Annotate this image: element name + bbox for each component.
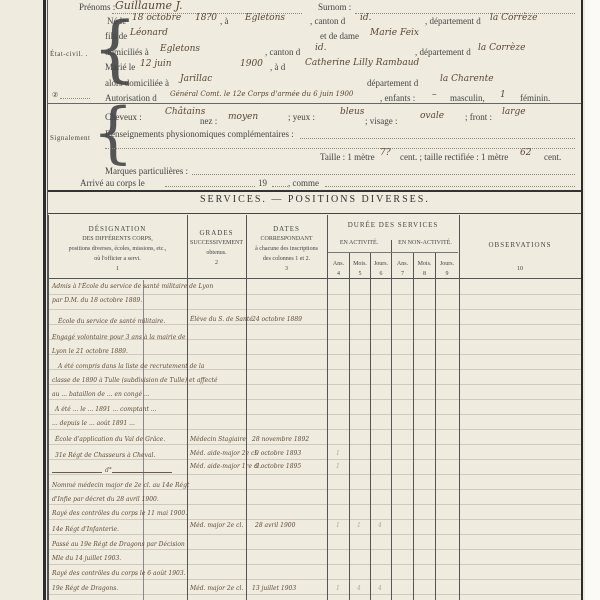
enfants-feminin-value: 1 bbox=[500, 90, 506, 100]
marques-label: Marques particulières : bbox=[105, 166, 188, 176]
arrive-year-label: 19 bbox=[258, 178, 267, 188]
date-entry: 28 novembre 1892 bbox=[252, 436, 309, 443]
cent-label: cent. bbox=[544, 152, 561, 162]
frame-border-left bbox=[43, 0, 46, 600]
designation-entry: Rayé des contrôles du corps le 11 mai 19… bbox=[52, 510, 187, 517]
alors-domiciliee-label: alors domiciliée à bbox=[105, 78, 169, 88]
date-entry: 24 octobre 1889 bbox=[252, 316, 302, 323]
col-header-mois-2: Mois.8 bbox=[414, 259, 435, 279]
ne-le-label: Né le bbox=[107, 16, 126, 26]
grade-entry: Méd. aide-major 1re cl. bbox=[190, 463, 261, 470]
designation-entry: A été ... le ... 1891 ... comptant ... bbox=[55, 406, 157, 413]
designation-entry: 14e Régt d'Infanterie. bbox=[52, 526, 119, 533]
surnom-label: Surnom : bbox=[318, 2, 351, 12]
designation-entry: Admis à l'École du service de santé mili… bbox=[52, 283, 213, 290]
designation-entry: Nommé médecin major de 2e cl. au 14e Rég… bbox=[52, 482, 189, 489]
duration-mark: 4 bbox=[378, 585, 382, 592]
taille-label: Taille : 1 mètre bbox=[320, 152, 375, 162]
nez-value: moyen bbox=[228, 112, 258, 122]
col-header-jours-2: Jours.9 bbox=[436, 259, 458, 279]
taille-rectifiee-label: cent. ; taille rectifiée : 1 mètre bbox=[400, 152, 508, 162]
marriage-year: 1900 bbox=[240, 59, 263, 69]
duration-mark: 1 bbox=[336, 585, 340, 592]
enfants-label: , enfants : bbox=[380, 93, 415, 103]
date-entry: 28 avril 1900 bbox=[255, 522, 295, 529]
duration-mark: 1 bbox=[336, 522, 340, 529]
designation-entry: Mle du 14 juillet 1903. bbox=[52, 555, 121, 562]
taille-rectifiee-value: 62 bbox=[520, 148, 531, 158]
designation-entry: A été compris dans la liste de recruteme… bbox=[58, 363, 204, 370]
designation-entry: par D.M. du 18 octobre 1889. bbox=[52, 297, 142, 304]
yeux-label: ; yeux : bbox=[288, 112, 315, 122]
col-header-observations: OBSERVATIONS 10 bbox=[460, 240, 580, 274]
designation-entry: d'Infie par décret du 28 avril 1900. bbox=[52, 496, 159, 503]
duration-mark: 1 bbox=[336, 450, 340, 457]
duration-mark: 4 bbox=[378, 522, 382, 529]
domicile-value: Egletons bbox=[160, 44, 200, 54]
designation-entry: ... depuis le ... août 1891 ... bbox=[52, 420, 135, 427]
designation-entry: 31e Régt de Chasseurs à Cheval. bbox=[55, 452, 155, 459]
father-name: Léonard bbox=[130, 28, 168, 38]
grade-entry: Méd. major 2e cl. bbox=[190, 522, 243, 529]
spouse-domicile: Jarillac bbox=[180, 74, 212, 84]
birth-year: 18?0 bbox=[195, 13, 217, 23]
nez-label: nez : bbox=[200, 116, 217, 126]
departement2-label: , département d bbox=[415, 47, 471, 57]
yeux-value: bleus bbox=[340, 107, 364, 117]
col-header-designation: DÉSIGNATION DES DIFFÉRENTS CORPS, positi… bbox=[50, 224, 185, 274]
duration-mark: 1 bbox=[357, 522, 361, 529]
enfants-masculin-value: – bbox=[432, 90, 437, 100]
date-entry: 13 juillet 1903 bbox=[252, 585, 296, 592]
designation-entry: classe de 1890 à Tulle (subdivision de T… bbox=[52, 377, 218, 384]
designation-entry: au ... bataillon de ... en congé ... bbox=[52, 391, 150, 398]
marriage-date: 12 juin bbox=[140, 59, 172, 69]
designation-entry: Rayé des contrôles du corps le 6 août 19… bbox=[52, 570, 186, 577]
col-header-dates: DATES CORRESPONDANT à chacune des inscri… bbox=[247, 224, 326, 274]
duration-mark: 4 bbox=[357, 585, 361, 592]
date-entry: 9 octobre 1895 bbox=[255, 463, 301, 470]
marriage-a-label: , à d bbox=[270, 62, 285, 72]
arrive-label: Arrivé au corps le bbox=[80, 178, 145, 188]
front-value: large bbox=[502, 107, 526, 117]
mother-name: Marie Feix bbox=[370, 28, 419, 38]
visage-value: ovale bbox=[420, 111, 444, 121]
birth-a-label: , à bbox=[220, 16, 229, 26]
designation-entry: Passé au 19e Régt de Dragons par Décisio… bbox=[52, 541, 185, 548]
et-de-dame-label: et de dame bbox=[320, 31, 359, 41]
designation-entry: Engagé volontaire pour 3 ans à la mairie… bbox=[52, 334, 186, 341]
canton-value: id. bbox=[360, 13, 372, 23]
designation-entry: Lyon le 21 octobre 1889. bbox=[52, 348, 128, 355]
departement2-value: la Corrèze bbox=[478, 43, 525, 53]
designation-entry: 19e Régt de Dragons. bbox=[52, 585, 118, 592]
col-header-en-activite: EN ACTIVITÉ. bbox=[328, 238, 390, 248]
designation-entry: École du service de santé militaire. bbox=[58, 318, 165, 325]
services-title: SERVICES. — POSITIONS DIVERSES. bbox=[200, 194, 430, 205]
domicilies-label: domiciliés à bbox=[105, 47, 149, 57]
col-header-en-non-activite: EN NON-ACTIVITÉ. bbox=[392, 238, 458, 248]
birth-place: Egletons bbox=[245, 13, 285, 23]
departement3-value: la Charente bbox=[440, 74, 494, 84]
taille-value: 7? bbox=[380, 148, 391, 158]
duration-mark: 1 bbox=[336, 463, 340, 470]
col-header-jours-1: Jours.6 bbox=[371, 259, 391, 279]
designation-entry: d° bbox=[105, 467, 112, 474]
comme-label: , comme bbox=[288, 178, 319, 188]
canton2-value: id. bbox=[315, 43, 327, 53]
date-entry: 9 octobre 1893 bbox=[255, 450, 301, 457]
departement3-label: département d bbox=[367, 78, 418, 88]
spouse-name: Catherine Lilly Rambaud bbox=[305, 58, 419, 68]
visage-label: ; visage : bbox=[365, 116, 398, 126]
grade-entry: Méd. aide-major 2e cl. bbox=[190, 450, 258, 457]
col-header-ans-2: Ans.7 bbox=[392, 259, 413, 279]
masculin-label: masculin, bbox=[450, 93, 485, 103]
note-marker: ② bbox=[52, 91, 58, 99]
feminin-label: féminin. bbox=[520, 93, 550, 103]
frame-border-right bbox=[581, 0, 583, 600]
autorisation-value: Général Comt. le 12e Corps d'armée du 6 … bbox=[170, 90, 353, 98]
etat-civil-label: État-civil. . bbox=[50, 50, 88, 58]
canton-label: , canton d bbox=[310, 16, 345, 26]
col-header-mois-1: Mois.5 bbox=[350, 259, 370, 279]
departement-label: , département d bbox=[425, 16, 481, 26]
grade-entry: Méd. major 2e cl. bbox=[190, 585, 243, 592]
col-header-ans-1: Ans.4 bbox=[328, 259, 349, 279]
designation-entry: École d'application du Val de Grâce. bbox=[55, 436, 165, 443]
cheveux-label: Cheveux : bbox=[105, 112, 142, 122]
birth-date: 18 octobre bbox=[132, 13, 181, 23]
renseignements-label: Renseignements physionomiques complément… bbox=[105, 129, 294, 139]
document-page: Prénoms : Guillaume J. Surnom : État-civ… bbox=[0, 0, 600, 600]
col-header-duree: DURÉE DES SERVICES bbox=[328, 220, 458, 230]
grade-entry: Élève du S. de Santé bbox=[190, 316, 253, 323]
fils-de-label: fils de bbox=[105, 31, 127, 41]
grade-entry: Médecin Stagiaire bbox=[190, 436, 246, 443]
canton2-label: , canton d bbox=[265, 47, 300, 57]
marie-label: Marié le bbox=[105, 62, 135, 72]
departement-value: la Corrèze bbox=[490, 13, 537, 23]
front-label: ; front : bbox=[465, 112, 492, 122]
signalement-label: Signalement bbox=[50, 134, 91, 142]
col-header-grades: GRADES SUCCESSIVEMENT obtenus. 2 bbox=[188, 228, 245, 268]
page-margin bbox=[585, 0, 600, 600]
